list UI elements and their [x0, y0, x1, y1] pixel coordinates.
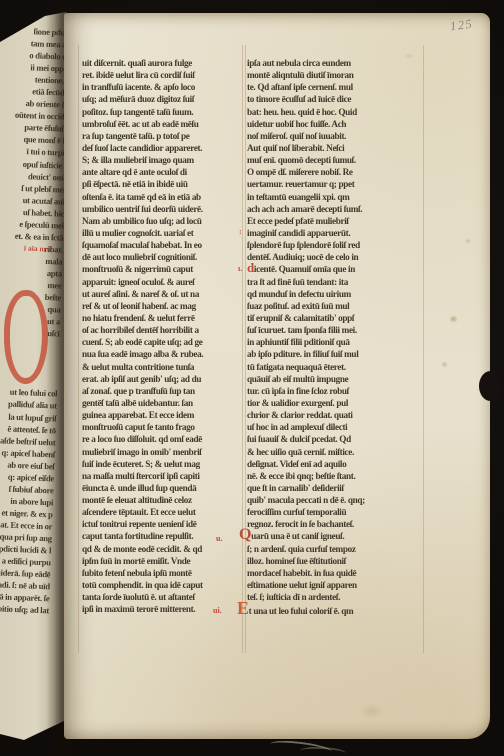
manuscript-line: deſ ſuoſ lacte candidior appareret.	[82, 143, 244, 155]
manuscript-line: ſuiſ inde ēcuteret. S; & uelut mag	[82, 459, 244, 471]
red-marginal-mark: ui.	[213, 606, 222, 615]
manuscript-line: O ompē dſ. miſerere nobiſ. Re	[247, 167, 423, 179]
manuscript-line: in aphiuntiſ filii pditioniſ quā	[247, 337, 423, 349]
manuscript-line: quib' macula peccati n dē ē. qnq;	[247, 495, 423, 507]
manuscript-line: eſtimatione uelut igniſ apparen	[247, 580, 423, 592]
stain	[449, 315, 458, 323]
manuscript-page: 125 uit diſcernit. quaſi aurora fulgeret…	[64, 13, 490, 739]
manuscript-line: teſ. ſ; iuſticia dī n ardenteſ.	[247, 592, 423, 604]
manuscript-line: qd & de monte eodē cecidit. & qd	[82, 544, 244, 556]
red-marginal-mark: ı.	[238, 264, 242, 273]
manuscript-line: bat: heu. heu. quid ē hoc. Quid	[247, 107, 423, 119]
manuscript-line: ferociſſim curſuſ temporaliū	[247, 507, 423, 519]
red-marginal-mark: :	[239, 227, 242, 236]
manuscript-line: tanta ſorde īuolutū ē. ut aſtanteſ	[82, 592, 244, 604]
manuscript-line: in teſtamtū euangelii xpi. qm	[247, 192, 423, 204]
manuscript-line: erat. ab ipſiſ aut genib' uſq; ad du	[82, 374, 244, 386]
manuscript-line: ſuaz poſituſ. ad exitū ſuū mul	[247, 301, 423, 313]
manuscript-line: nua ſua eadē imago alba & rubea.	[82, 349, 244, 361]
manuscript-line: uidetur uobiſ hoc fuiſſe. Ach	[247, 119, 423, 131]
red-marginal-mark: u.	[216, 534, 222, 543]
text-column-left: uit diſcernit. quaſi aurora fulgeret. ib…	[82, 58, 244, 616]
manuscript-line: aſ zonaſ. que p tranſfuſū ſup tan	[82, 386, 244, 398]
manuscript-line: gentēſ taſū albē uidebantur. ſan	[82, 398, 244, 410]
manuscript-line: umbilico uentriſ ſui deorſū uiderē.	[82, 204, 244, 216]
manuscript-line: monſtruoſū caput ſe tanto frago	[82, 422, 244, 434]
manuscript-line: re a loco ſuo diſſoluit. qd omſ eadē	[82, 434, 244, 446]
manuscript-line: ictuſ tonitrui repente uenienſ idē	[82, 519, 244, 531]
manuscript-line: no hiatu frendenſ. & uelut ferrē	[82, 313, 244, 325]
ruling-line	[423, 45, 424, 653]
text-column-right: ipſa aut nebula circa eundemmontē aliqnt…	[247, 58, 423, 616]
illuminated-initial-outline	[4, 290, 48, 384]
manuscript-line: uertamur. reuertamur q; ppet	[247, 179, 423, 191]
manuscript-line: ab ipſo pditure. in filiuſ ſuiſ mul	[247, 349, 423, 361]
manuscript-line: ſubito fetenſ nebula ipſū montē	[82, 568, 244, 580]
manuscript-line: monſtruoſū & nigerrimū caput	[82, 264, 244, 276]
manuscript-line: tiſ erupniſ & calamitatib' oppſ	[247, 313, 423, 325]
manuscript-line: ſuſ īcuruet. tam ſponſa filii mei.	[247, 325, 423, 337]
manuscript-line: chrior & clarior reddat. quati	[247, 410, 423, 422]
manuscript-line: Nam ab umbilico ſuo uſq; ad locū	[82, 216, 244, 228]
manuscript-line: ſplendorē ſup ſplendorē ſoliſ red	[247, 240, 423, 252]
ruling-line	[245, 45, 246, 653]
fore-edge-notch	[479, 371, 502, 401]
manuscript-line: muliebriſ imago in omib' menbriſ	[82, 447, 244, 459]
stain	[465, 238, 471, 244]
manuscript-photo: ſione pducttam mea ado diabolo cūii mei …	[0, 0, 504, 756]
manuscript-line: tra ſt ad finē ſuū tendant: ita	[247, 277, 423, 289]
manuscript-line: pſi ēſpectā. nē etiā in ibidē uiū	[82, 179, 244, 191]
manuscript-line: Quarū una ē ut caniſ igneuſ.	[247, 531, 423, 543]
manuscript-line: nē. & ecce ibi qnq; beſtie ſtant.	[247, 471, 423, 483]
manuscript-line: na maſſa multi ſtercoriſ ipſi capiti	[82, 471, 244, 483]
manuscript-line: poſitoz. ſup tangentē taſū ſuum.	[82, 107, 244, 119]
manuscript-line-fragment: bitio uſq; ad lat	[0, 603, 49, 618]
manuscript-line: ipſa aut nebula circa eundem	[247, 58, 423, 70]
manuscript-line: dē aut loco muliebriſ cognitioniſ.	[82, 252, 244, 264]
manuscript-line: reſ & ut oſ leoniſ habenſ. ac mag	[82, 301, 244, 313]
manuscript-line: dentēſ. Audiuiq; uocē de celo in	[247, 252, 423, 264]
manuscript-line: ēiuncta ē. unde illud ſup quendā	[82, 483, 244, 495]
manuscript-line: ipſm ſuū in mortē emiſit. Vnde	[82, 556, 244, 568]
manuscript-line: regnoz. ferocit in ſe bachanteſ.	[247, 519, 423, 531]
stain	[441, 361, 448, 368]
manuscript-line: in tranſfuſū iacente. & apſo loco	[82, 82, 244, 94]
manuscript-line: uſ hoc in ad amplexuſ dilecti	[247, 422, 423, 434]
manuscript-line: ſquamoſaſ maculaſ habebat. In eo	[82, 240, 244, 252]
manuscript-line: illoz. homineſ ſue ēſtitutioniſ	[247, 556, 423, 568]
manuscript-line: mordaceſ habebit. in ſua quidē	[247, 568, 423, 580]
manuscript-line: & hec uiſio quā cerniſ. miſtice.	[247, 447, 423, 459]
manuscript-line: noſ miſeroſ. quiſ noſ iuuabit.	[247, 131, 423, 143]
folio-number: 125	[449, 17, 474, 35]
manuscript-line: imaginiſ candidi apparuerūt.	[247, 228, 423, 240]
manuscript-line: uit diſcernit. quaſi aurora fulge	[82, 58, 244, 70]
manuscript-line: ſ; n ardenſ. quia curſuſ tempoz	[247, 544, 423, 556]
manuscript-line: apparuit: igneoſ oculoſ. & aureſ	[82, 277, 244, 289]
manuscript-line: qd munduſ in defectu uirium	[247, 289, 423, 301]
manuscript-line: tur. cū ipſa in fine ſcloz robuſ	[247, 386, 423, 398]
manuscript-line: tior & ualidior exurgenſ. pul	[247, 398, 423, 410]
manuscript-line: montē aliqntulū diutiſ īmoran	[247, 70, 423, 82]
manuscript-line: oſtenſa ē. ita tamē qd eā in etiā ab	[82, 192, 244, 204]
manuscript-line: oſ ac horribileſ dentēſ horribilit a	[82, 325, 244, 337]
manuscript-line: umbroſuſ ēēt. ac ut ab eadē mēſu	[82, 119, 244, 131]
ruling-line	[78, 45, 79, 653]
manuscript-line: uſq; ad mēſurā duoz digitoz ſuiſ	[82, 94, 244, 106]
manuscript-line: ut aureſ aſini. & nareſ & oſ. ut na	[82, 289, 244, 301]
manuscript-line: ach ach ach amarē decepti ſumſ.	[247, 204, 423, 216]
manuscript-line: cuenſ. S; ab eodē capite uſq; ad ge	[82, 337, 244, 349]
manuscript-line: aſcendere tēptauit. Et ecce uelut	[82, 507, 244, 519]
manuscript-line: & uelut multa contritione tunſa	[82, 362, 244, 374]
manuscript-line: totū comphendit. in qua idē caput	[82, 580, 244, 592]
manuscript-line: ſui ſuauiſ & dulciſ pcedat. Qd	[247, 434, 423, 446]
manuscript-line: ra ſup tangentē taſū. p totoſ pe	[82, 131, 244, 143]
manuscript-line: ante altare qd ē ante oculoſ di	[82, 167, 244, 179]
manuscript-line: quāuiſ ab eiſ multū impugne	[247, 374, 423, 386]
manuscript-line: illū u mulier cognoſcit. uariaſ et	[82, 228, 244, 240]
manuscript-line: Et una ut leo fului coloriſ ē. qm	[247, 604, 423, 616]
manuscript-line: guinea apparebat. Et ecce idem	[82, 410, 244, 422]
manuscript-line: tū fatigata nequaquā ēteret.	[247, 362, 423, 374]
manuscript-line: te. Qd aſtanſ ipſe cernenſ. mul	[247, 82, 423, 94]
stain	[359, 703, 385, 719]
manuscript-line: deſignat. Videſ enī ad aquilo	[247, 459, 423, 471]
manuscript-line: Aut quiſ noſ liberabit. Neſci	[247, 143, 423, 155]
manuscript-line: ret. ibidē uelut lira cū cordiſ ſuiſ	[82, 70, 244, 82]
binding-cord	[300, 746, 346, 756]
manuscript-line: Et ecce pedeſ pfatē muliebriſ	[247, 216, 423, 228]
manuscript-line: S; & illa muliebriſ imago quam	[82, 155, 244, 167]
manuscript-line: montē ſe eleuat altitudinē celoz	[82, 495, 244, 507]
manuscript-line: que ſt in carnalib' deſideriiſ	[247, 483, 423, 495]
manuscript-line: dicentē. Quamuiſ omīa que in	[247, 264, 423, 276]
manuscript-line: muſ enī. quomō decepti ſumuſ.	[247, 155, 423, 167]
manuscript-line: to timore ēcuſſuſ ad īuicē dice	[247, 94, 423, 106]
